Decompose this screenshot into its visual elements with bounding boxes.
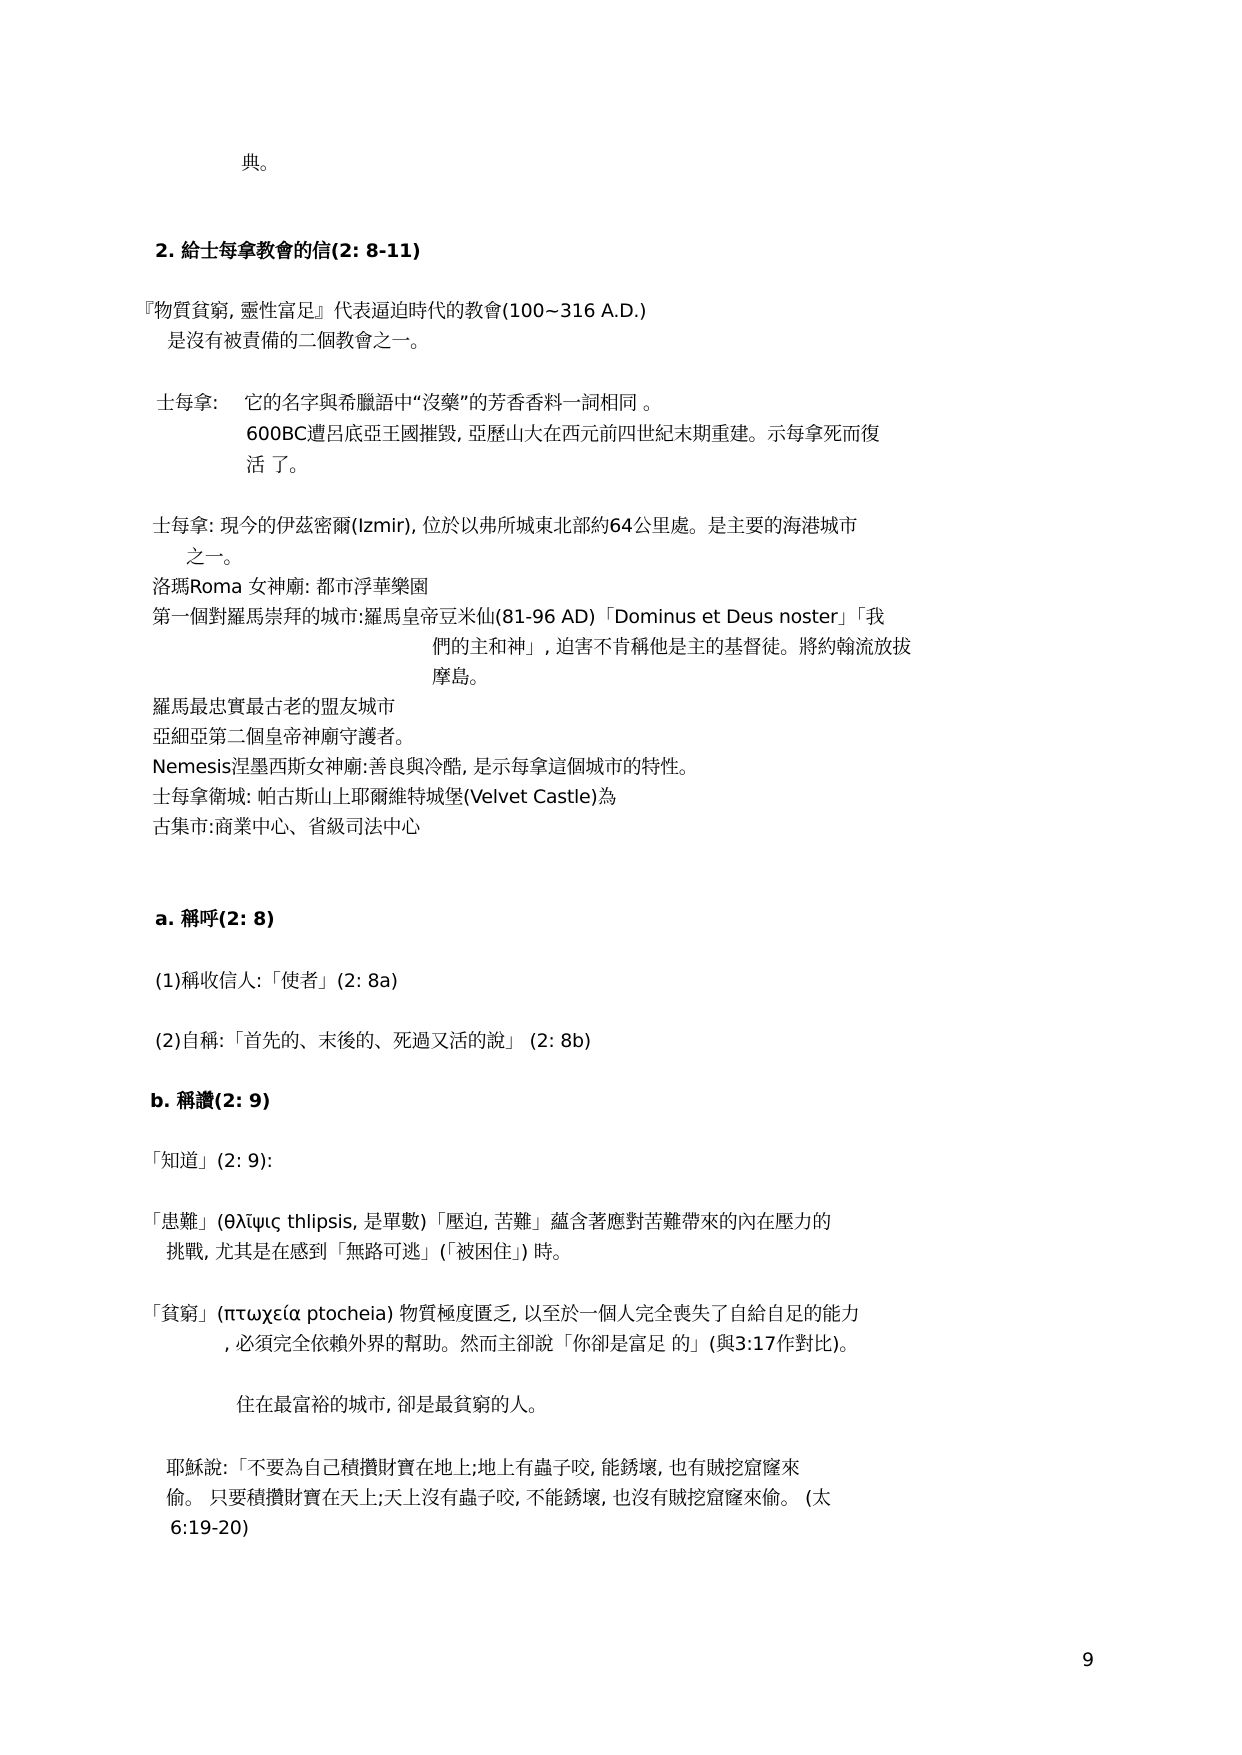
quote-line: 耶穌說:「不要為自己積攢財寶在地上;地上有蟲子咬, 能銹壞, 也有賊挖窟窿來 bbox=[166, 1457, 800, 1480]
name-meaning-line: 它的名字與希臘語中“沒藥”的芳香香料一詞相同 。 bbox=[244, 392, 662, 415]
poverty-line: 「貧窮」(πτωχεία ptocheia) 物質極度匱乏, 以至於一個人完全喪… bbox=[142, 1303, 860, 1326]
know-label: 「知道」(2: 9): bbox=[142, 1150, 273, 1173]
section-heading: 2. 給士每拿教會的信(2: 8-11) bbox=[155, 240, 420, 263]
tribulation-line: 「患難」(θλῖψις thlipsis, 是單數)「壓迫, 苦難」蘊含著應對苦… bbox=[142, 1211, 831, 1234]
city-note: 士每拿衛城: 帕古斯山上耶爾維特城堡(Velvet Castle)為 bbox=[152, 786, 616, 809]
city-note: 摩島。 bbox=[432, 666, 488, 689]
subsection-b-heading: b. 稱讚(2: 9) bbox=[150, 1090, 270, 1113]
city-note: 們的主和神」, 迫害不肯稱他是主的基督徒。將約翰流放拔 bbox=[432, 636, 911, 659]
city-note: 之一。 bbox=[186, 546, 242, 569]
quote-line: 偷。 只要積攢財寶在天上;天上沒有蟲子咬, 不能銹壞, 也沒有賊挖窟窿來偷。 (… bbox=[166, 1487, 831, 1510]
city-note: 羅馬最忠實最古老的盟友城市 bbox=[152, 696, 395, 719]
city-note: 士每拿: 現今的伊茲密爾(Izmir), 位於以弗所城東北部約64公里處。是主要… bbox=[152, 515, 857, 538]
city-note: 第一個對羅馬崇拜的城市:羅馬皇帝豆米仙(81-96 AD)「Dominus et… bbox=[152, 606, 884, 629]
city-note: 古集市:商業中心、省級司法中心 bbox=[152, 816, 420, 839]
summary-line: 住在最富裕的城市, 卻是最貧窮的人。 bbox=[236, 1394, 547, 1417]
city-note: 亞細亞第二個皇帝神廟守護者。 bbox=[152, 726, 414, 749]
sub-a-item: (1)稱收信人:「使者」(2: 8a) bbox=[155, 970, 398, 993]
name-meaning-line: 活 了。 bbox=[246, 454, 308, 477]
sub-a-item: (2)自稱:「首先的、末後的、死過又活的說」 (2: 8b) bbox=[155, 1030, 591, 1053]
name-meaning-label: 士每拿: bbox=[156, 392, 218, 415]
quote-line: 6:19-20) bbox=[170, 1517, 249, 1540]
tribulation-line: 挑戰, 尤其是在感到「無路可逃」(「被困住」) 時。 bbox=[166, 1241, 571, 1264]
page-number: 9 bbox=[1082, 1649, 1094, 1672]
name-meaning-line: 600BC遭呂底亞王國摧毀, 亞歷山大在西元前四世紀末期重建。示每拿死而復 bbox=[246, 423, 879, 446]
intro-line: 是沒有被責備的二個教會之一。 bbox=[167, 330, 429, 353]
city-note: Nemesis涅墨西斯女神廟:善良與冷酷, 是示每拿這個城市的特性。 bbox=[152, 756, 697, 779]
poverty-line: , 必須完全依賴外界的幫助。然而主卻說「你卻是富足 的」(與3:17作對比)。 bbox=[224, 1333, 858, 1356]
continuation-text: 典。 bbox=[241, 152, 278, 175]
intro-line: 『物質貧窮, 靈性富足』代表逼迫時代的教會(100~316 A.D.) bbox=[135, 300, 646, 323]
city-note: 洛瑪Roma 女神廟: 都市浮華樂園 bbox=[152, 576, 428, 599]
subsection-a-heading: a. 稱呼(2: 8) bbox=[155, 908, 274, 931]
